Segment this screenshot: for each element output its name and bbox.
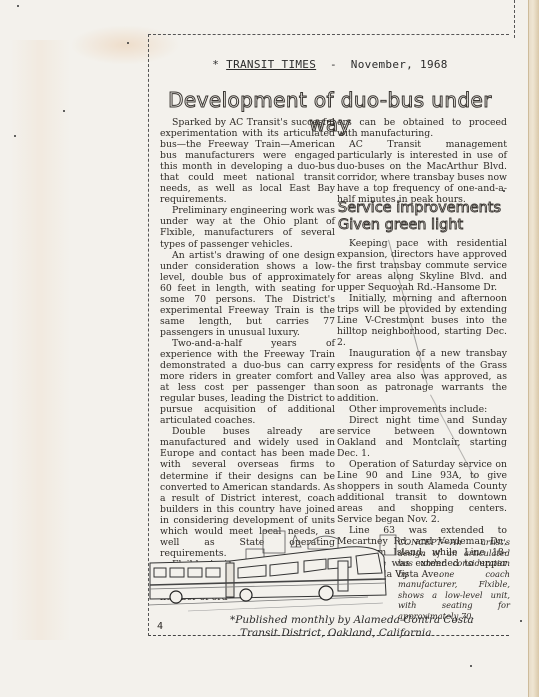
paragraph: Initially, morning and afternoon trips w… (337, 293, 507, 348)
page-frame-corner (514, 0, 515, 38)
paper-stain (10, 40, 70, 640)
paper-speck (17, 5, 19, 7)
masthead-asterisk: * (212, 58, 219, 71)
paragraph: ers can be obtained to proceed with manu… (337, 117, 507, 139)
paragraph: Preliminary engineering work was under w… (160, 205, 335, 249)
paragraph: Direct night time and Sunday service bet… (337, 415, 507, 459)
paragraph: An artist's drawing of one design under … (160, 250, 335, 338)
page-edge (528, 0, 539, 697)
paper-speck (63, 110, 65, 112)
page-number: 4 (157, 621, 163, 632)
paper-speck (470, 665, 472, 667)
paragraph: Inauguration of a new transbay express f… (337, 348, 507, 403)
paper-speck (127, 42, 129, 44)
paragraph: AC Transit management particularly is in… (337, 139, 507, 205)
paragraph: Two-and-a-half years of experience with … (160, 338, 335, 426)
paragraph: Sparked by AC Transit's succesful experi… (160, 117, 335, 205)
paragraph: Other improvements include: (337, 404, 507, 415)
articulated-bus-drawing-icon (148, 523, 398, 613)
secondary-headline-line-1: Service improvements (338, 200, 510, 217)
secondary-headline-line-2: Given green light (338, 217, 510, 234)
paper-speck (14, 135, 16, 137)
masthead: * TRANSIT TIMES - November, 1968 (150, 58, 510, 71)
issue-date: November, 1968 (351, 58, 448, 71)
paragraph: Keeping pace with residential expansion,… (337, 238, 507, 293)
footer-line-1: *Published monthly by Alameda-Contra Cos… (230, 614, 490, 627)
publication-name: TRANSIT TIMES (226, 58, 316, 71)
paper-speck (520, 620, 522, 622)
illustration-caption: CONCEPT—An artist's design of an articul… (398, 537, 510, 621)
paragraph: Operation of Saturday service on Line 90… (337, 459, 507, 525)
masthead-separator: - (330, 58, 337, 71)
secondary-headline: Service improvements Given green light (338, 200, 510, 234)
publication-footer: *Published monthly by Alameda-Contra Cos… (230, 614, 490, 640)
paper-speck (503, 190, 505, 192)
footer-line-2: Transit District, Oakland, California (230, 627, 490, 640)
article-body-right-column: ers can be obtained to proceed with manu… (337, 117, 507, 205)
